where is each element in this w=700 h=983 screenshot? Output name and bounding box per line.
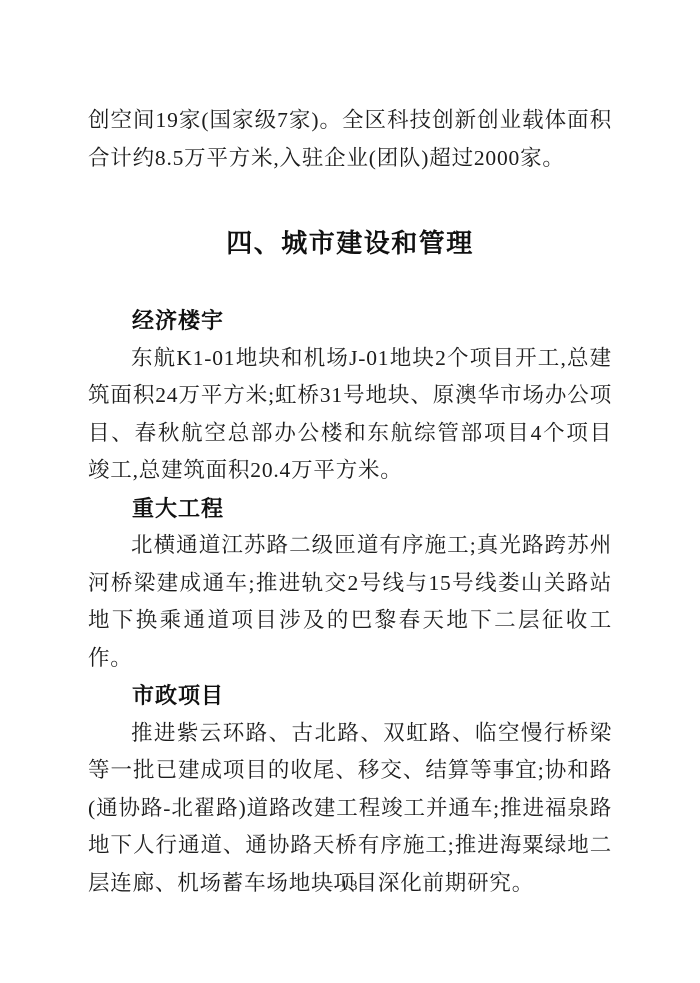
section-body-economic-buildings: 东航K1-01地块和机场J-01地块2个项目开工,总建筑面积24万平方米;虹桥3…: [88, 340, 612, 490]
document-content: 创空间19家(国家级7家)。全区科技创新创业载体面积合计约8.5万平方米,入驻企…: [88, 102, 612, 902]
chapter-title: 四、城市建设和管理: [88, 223, 612, 260]
section-body-major-projects: 北横通道江苏路二级匝道有序施工;真光路跨苏州河桥梁建成通车;推进轨交2号线与15…: [88, 527, 612, 677]
section-heading-economic-buildings: 经济楼宇: [88, 302, 612, 340]
page-number: – 13 –: [0, 878, 700, 895]
section-body-municipal-projects: 推进紫云环路、古北路、双虹路、临空慢行桥梁等一批已建成项目的收尾、移交、结算等事…: [88, 715, 612, 903]
document-page: 创空间19家(国家级7家)。全区科技创新创业载体面积合计约8.5万平方米,入驻企…: [0, 0, 700, 983]
section-heading-municipal-projects: 市政项目: [88, 677, 612, 715]
section-heading-major-projects: 重大工程: [88, 490, 612, 528]
intro-paragraph: 创空间19家(国家级7家)。全区科技创新创业载体面积合计约8.5万平方米,入驻企…: [88, 102, 612, 177]
